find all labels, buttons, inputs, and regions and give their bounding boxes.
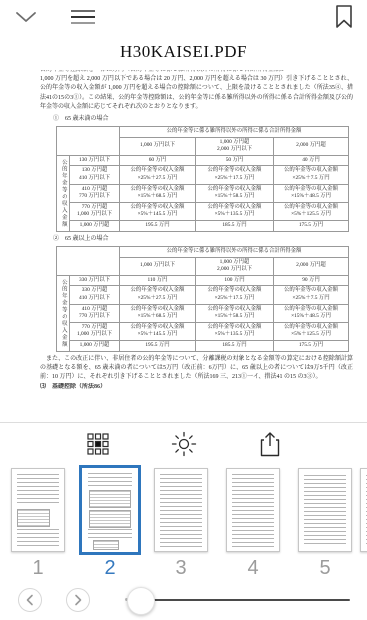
pension-table-under-65: 公的年金等に係る雑所得以外の所得に係る合計所得金額 1,000 万円以下 1,0… — [56, 126, 349, 232]
page-thumbnail-3[interactable] — [152, 468, 210, 552]
menu-button[interactable] — [68, 6, 98, 28]
page-number-5: 5 — [296, 557, 354, 580]
page-number-row: 1 2 3 4 5 — [0, 557, 367, 585]
next-page-button[interactable] — [66, 588, 90, 612]
pager-controls — [0, 585, 367, 617]
table-row: 410 万円超 770 万円以下 公的年金等の収入金額 ×15%＋68.5 万円… — [57, 304, 349, 322]
table-row: 330 万円超 410 万円以下 公的年金等の収入金額 ×25%＋27.5 万円… — [57, 286, 349, 304]
table2-col-header: 1,000 万円以下 — [120, 257, 196, 275]
bookmark-icon — [335, 5, 353, 29]
table-row: 1,000 万円超 195.5 万円 185.5 万円 175.5 万円 — [57, 220, 349, 231]
table-row: 130 万円超 410 万円以下 公的年金等の収入金額 ×25%＋27.5 万円… — [57, 166, 349, 184]
chevron-right-icon — [73, 594, 83, 606]
section-label-under-65: ① 65 歳未満の場合 — [53, 115, 353, 124]
table1-span-header: 公的年金等に係る雑所得以外の所得に係る合計所得金額 — [120, 127, 349, 138]
bookmark-button[interactable] — [333, 3, 355, 31]
page-number-4: 4 — [224, 557, 282, 580]
previous-page-button[interactable] — [18, 588, 42, 612]
document-title: H30KAISEI.PDF — [0, 34, 367, 70]
slider-track[interactable] — [128, 599, 350, 601]
table1-row-group-label: 公的年金等の収入金額 — [57, 155, 70, 231]
chevron-left-icon — [25, 594, 35, 606]
top-toolbar — [0, 0, 367, 34]
share-icon — [258, 431, 282, 457]
chevron-down-icon — [14, 9, 38, 25]
table1-col-header: 2,000 万円超 — [274, 137, 349, 155]
page-number-2-selected: 2 — [81, 557, 139, 580]
table-row: 公的年金等の収入金額 130 万円以下 60 万円 50 万円 40 万円 — [57, 155, 349, 166]
table1-col-header: 1,000 万円超 2,000 万円以下 — [196, 137, 274, 155]
hamburger-icon — [70, 8, 96, 26]
slider-thumb[interactable] — [127, 587, 155, 615]
table2-col-header: 1,000 万円超 2,000 万円以下 — [196, 257, 274, 275]
share-button[interactable] — [256, 429, 284, 459]
section-label-over-65: ② 65 歳以上の場合 — [53, 235, 353, 244]
table1-col-header: 1,000 万円以下 — [120, 137, 196, 155]
page-number-1: 1 — [9, 557, 67, 580]
page-thumbnail-4[interactable] — [224, 468, 282, 552]
pension-table-over-65: 公的年金等に係る雑所得以外の所得に係る合計所得金額 1,000 万円以下 1,0… — [56, 246, 349, 352]
collapse-button[interactable] — [12, 7, 40, 27]
table2-row-group-label: 公的年金等の収入金額 — [57, 275, 70, 351]
table2-span-header: 公的年金等に係る雑所得以外の所得に係る合計所得金額 — [120, 246, 349, 257]
page-thumbnail-6[interactable] — [358, 468, 367, 552]
sun-icon — [171, 431, 197, 457]
table-row: 410 万円超 770 万円以下 公的年金等の収入金額 ×15%＋68.5 万円… — [57, 184, 349, 202]
clipped-heading-line: ⑶ 基礎控除（所法86） — [40, 383, 353, 389]
table2-col-header: 2,000 万円超 — [274, 257, 349, 275]
page-scrubber-slider[interactable] — [124, 585, 355, 615]
pdf-page-view[interactable]: 公的年金等控除額を一律10万円（公的年金等に係る雑所得以外の所得に係る合計所得金… — [0, 70, 367, 422]
table-row: 1,000 万円超 195.5 万円 185.5 万円 175.5 万円 — [57, 340, 349, 351]
page-thumbnail-2-selected[interactable] — [81, 468, 139, 555]
thumbnail-view-button[interactable] — [84, 430, 112, 458]
table-row: 770 万円超 1,000 万円以下 公的年金等の収入金額 ×5%＋145.5 … — [57, 202, 349, 220]
grid-icon — [86, 432, 110, 456]
brightness-button[interactable] — [169, 429, 199, 459]
page-thumbnail-5[interactable] — [296, 468, 354, 552]
paragraph-nonresident: また、この改正に伴い、非居住者の公的年金等について、分離課税の対象となる金額等の… — [40, 355, 353, 383]
page-thumbnail-strip — [0, 465, 367, 557]
page-thumbnail-1[interactable] — [9, 468, 67, 552]
paragraph-pension-deduction: 1,000 万円を超え 2,000 万円以下である場合は 20 万円、2,000… — [40, 75, 353, 113]
table-row: 公的年金等の収入金額 330 万円以下 110 万円 100 万円 90 万円 — [57, 275, 349, 286]
table-row: 770 万円超 1,000 万円以下 公的年金等の収入金額 ×5%＋145.5 … — [57, 322, 349, 340]
bottom-toolbar — [0, 423, 367, 465]
page-number-3: 3 — [152, 557, 210, 580]
